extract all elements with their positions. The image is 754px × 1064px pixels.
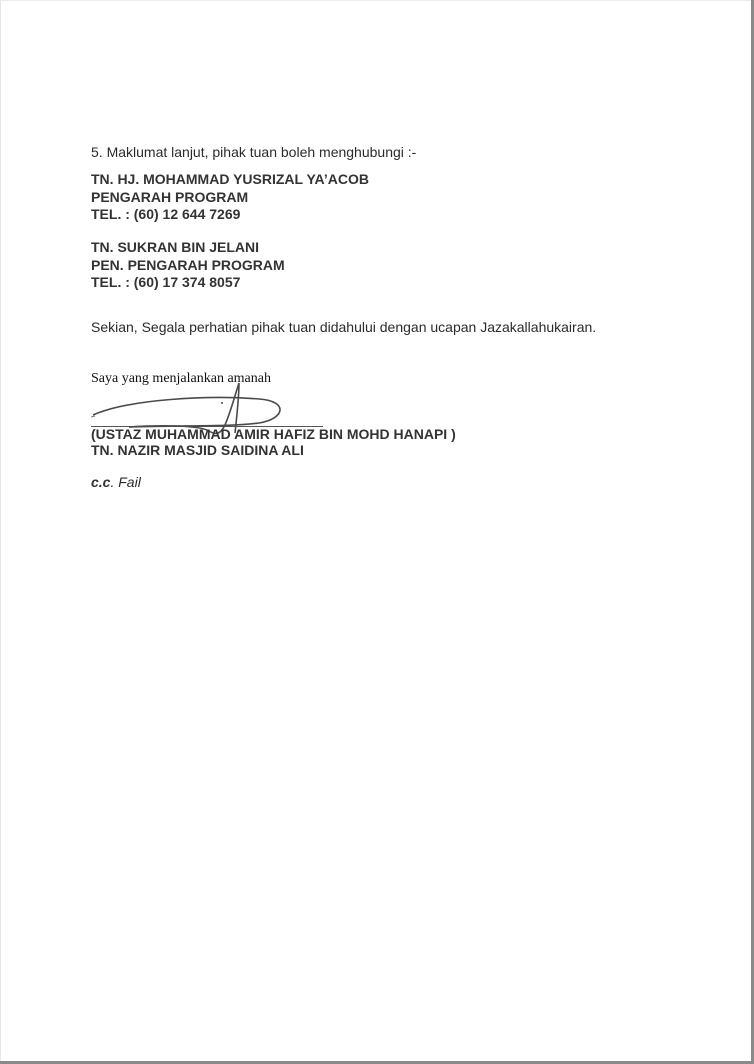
document-page: 5. Maklumat lanjut, pihak tuan boleh men… [0,0,751,1061]
signatory-name: (USTAZ MUHAMMAD AMIR HAFIZ BIN MOHD HANA… [91,426,456,443]
contact-1-name: TN. HJ. MOHAMMAD YUSRIZAL YA’ACOB [91,171,369,188]
cc-line: c.c. Fail [91,474,141,491]
contact-2-tel: TEL. : (60) 17 374 8057 [91,274,240,291]
contact-1-tel: TEL. : (60) 12 644 7269 [91,206,240,223]
cc-value: . Fail [110,474,140,490]
closing-paragraph: Sekian, Segala perhatian pihak tuan dida… [91,319,596,336]
cc-label: c.c [91,474,110,490]
contact-2-name: TN. SUKRAN BIN JELANI [91,239,259,256]
contact-2-role: PEN. PENGARAH PROGRAM [91,257,285,274]
contact-1-role: PENGARAH PROGRAM [91,189,248,206]
signatory-title: TN. NAZIR MASJID SAIDINA ALI [91,442,304,459]
intro-paragraph: 5. Maklumat lanjut, pihak tuan boleh men… [91,144,416,161]
